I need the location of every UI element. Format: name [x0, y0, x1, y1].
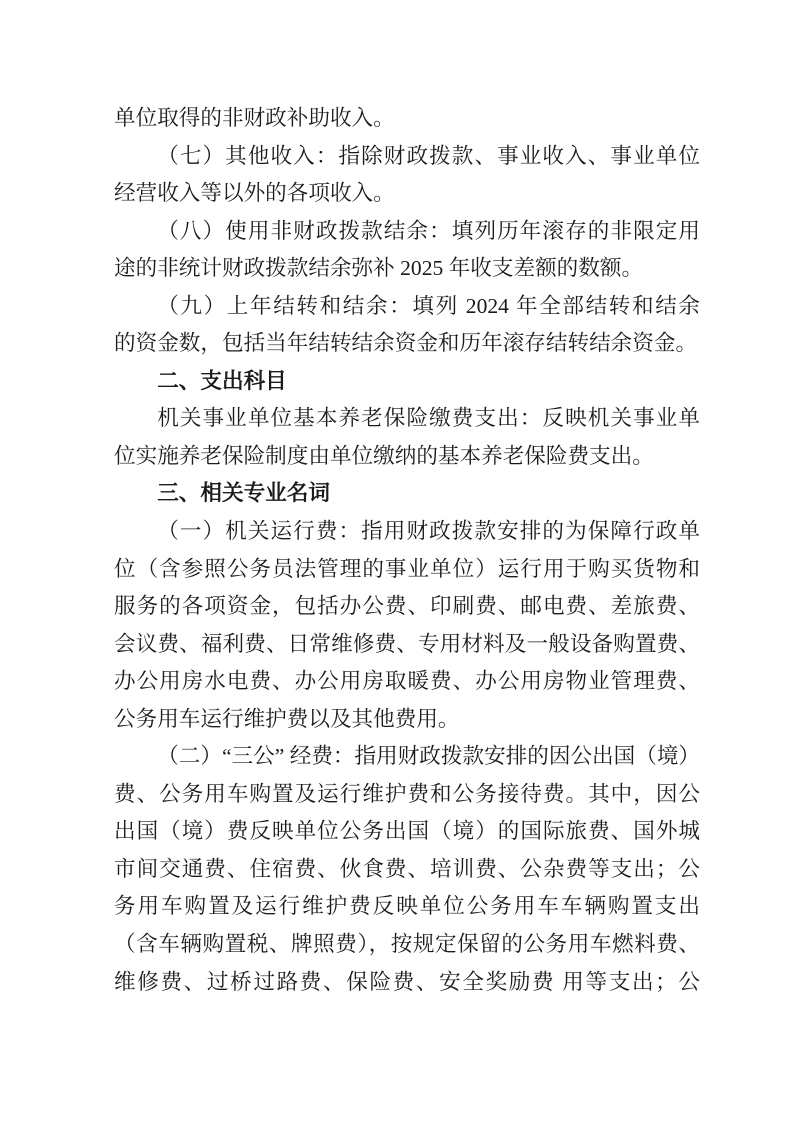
text-line: 服务的各项资金，包括办公费、印刷费、邮电费、差旅费、 — [114, 588, 700, 626]
text-line: （二）“三公” 经费：指用财政拨款安排的因公出国（境） — [114, 738, 700, 776]
text-line: 的资金数，包括当年结转结余资金和历年滚存结转结余资金。 — [114, 325, 700, 363]
document-body: 单位取得的非财政补助收入。（七）其他收入：指除财政拨款、事业收入、事业单位经营收… — [114, 100, 700, 1001]
text-line: 经营收入等以外的各项收入。 — [114, 175, 700, 213]
text-line: 途的非统计财政拨款结余弥补 2025 年收支差额的数额。 — [114, 250, 700, 288]
text-line: 办公用房水电费、办公用房取暖费、办公用房物业管理费、 — [114, 663, 700, 701]
text-line: 位实施养老保险制度由单位缴纳的基本养老保险费支出。 — [114, 438, 700, 476]
text-line: （含车辆购置税、牌照费），按规定保留的公务用车燃料费、 — [114, 926, 700, 964]
text-line: 机关事业单位基本养老保险缴费支出：反映机关事业单 — [114, 400, 700, 438]
text-line: （八）使用非财政拨款结余：填列历年滚存的非限定用 — [114, 213, 700, 251]
text-line: （一）机关运行费：指用财政拨款安排的为保障行政单 — [114, 513, 700, 551]
section-heading: 三、相关专业名词 — [114, 475, 700, 513]
text-line: 务用车购置及运行维护费反映单位公务用车车辆购置支出 — [114, 888, 700, 926]
text-line: 出国（境）费反映单位公务出国（境）的国际旅费、国外城 — [114, 813, 700, 851]
section-heading: 二、支出科目 — [114, 363, 700, 401]
text-line: 单位取得的非财政补助收入。 — [114, 100, 700, 138]
text-line: 会议费、福利费、日常维修费、专用材料及一般设备购置费、 — [114, 626, 700, 664]
text-line: （九）上年结转和结余：填列 2024 年全部结转和结余 — [114, 288, 700, 326]
text-line: 费、公务用车购置及运行维护费和公务接待费。其中，因公 — [114, 776, 700, 814]
text-line: 公务用车运行维护费以及其他费用。 — [114, 701, 700, 739]
text-line: 维修费、过桥过路费、保险费、安全奖励费 用等支出；公 — [114, 964, 700, 1002]
document-page: 单位取得的非财政补助收入。（七）其他收入：指除财政拨款、事业收入、事业单位经营收… — [0, 0, 793, 1122]
text-line: （七）其他收入：指除财政拨款、事业收入、事业单位 — [114, 138, 700, 176]
text-line: 市间交通费、住宿费、伙食费、培训费、公杂费等支出；公 — [114, 851, 700, 889]
text-line: 位（含参照公务员法管理的事业单位）运行用于购买货物和 — [114, 551, 700, 589]
